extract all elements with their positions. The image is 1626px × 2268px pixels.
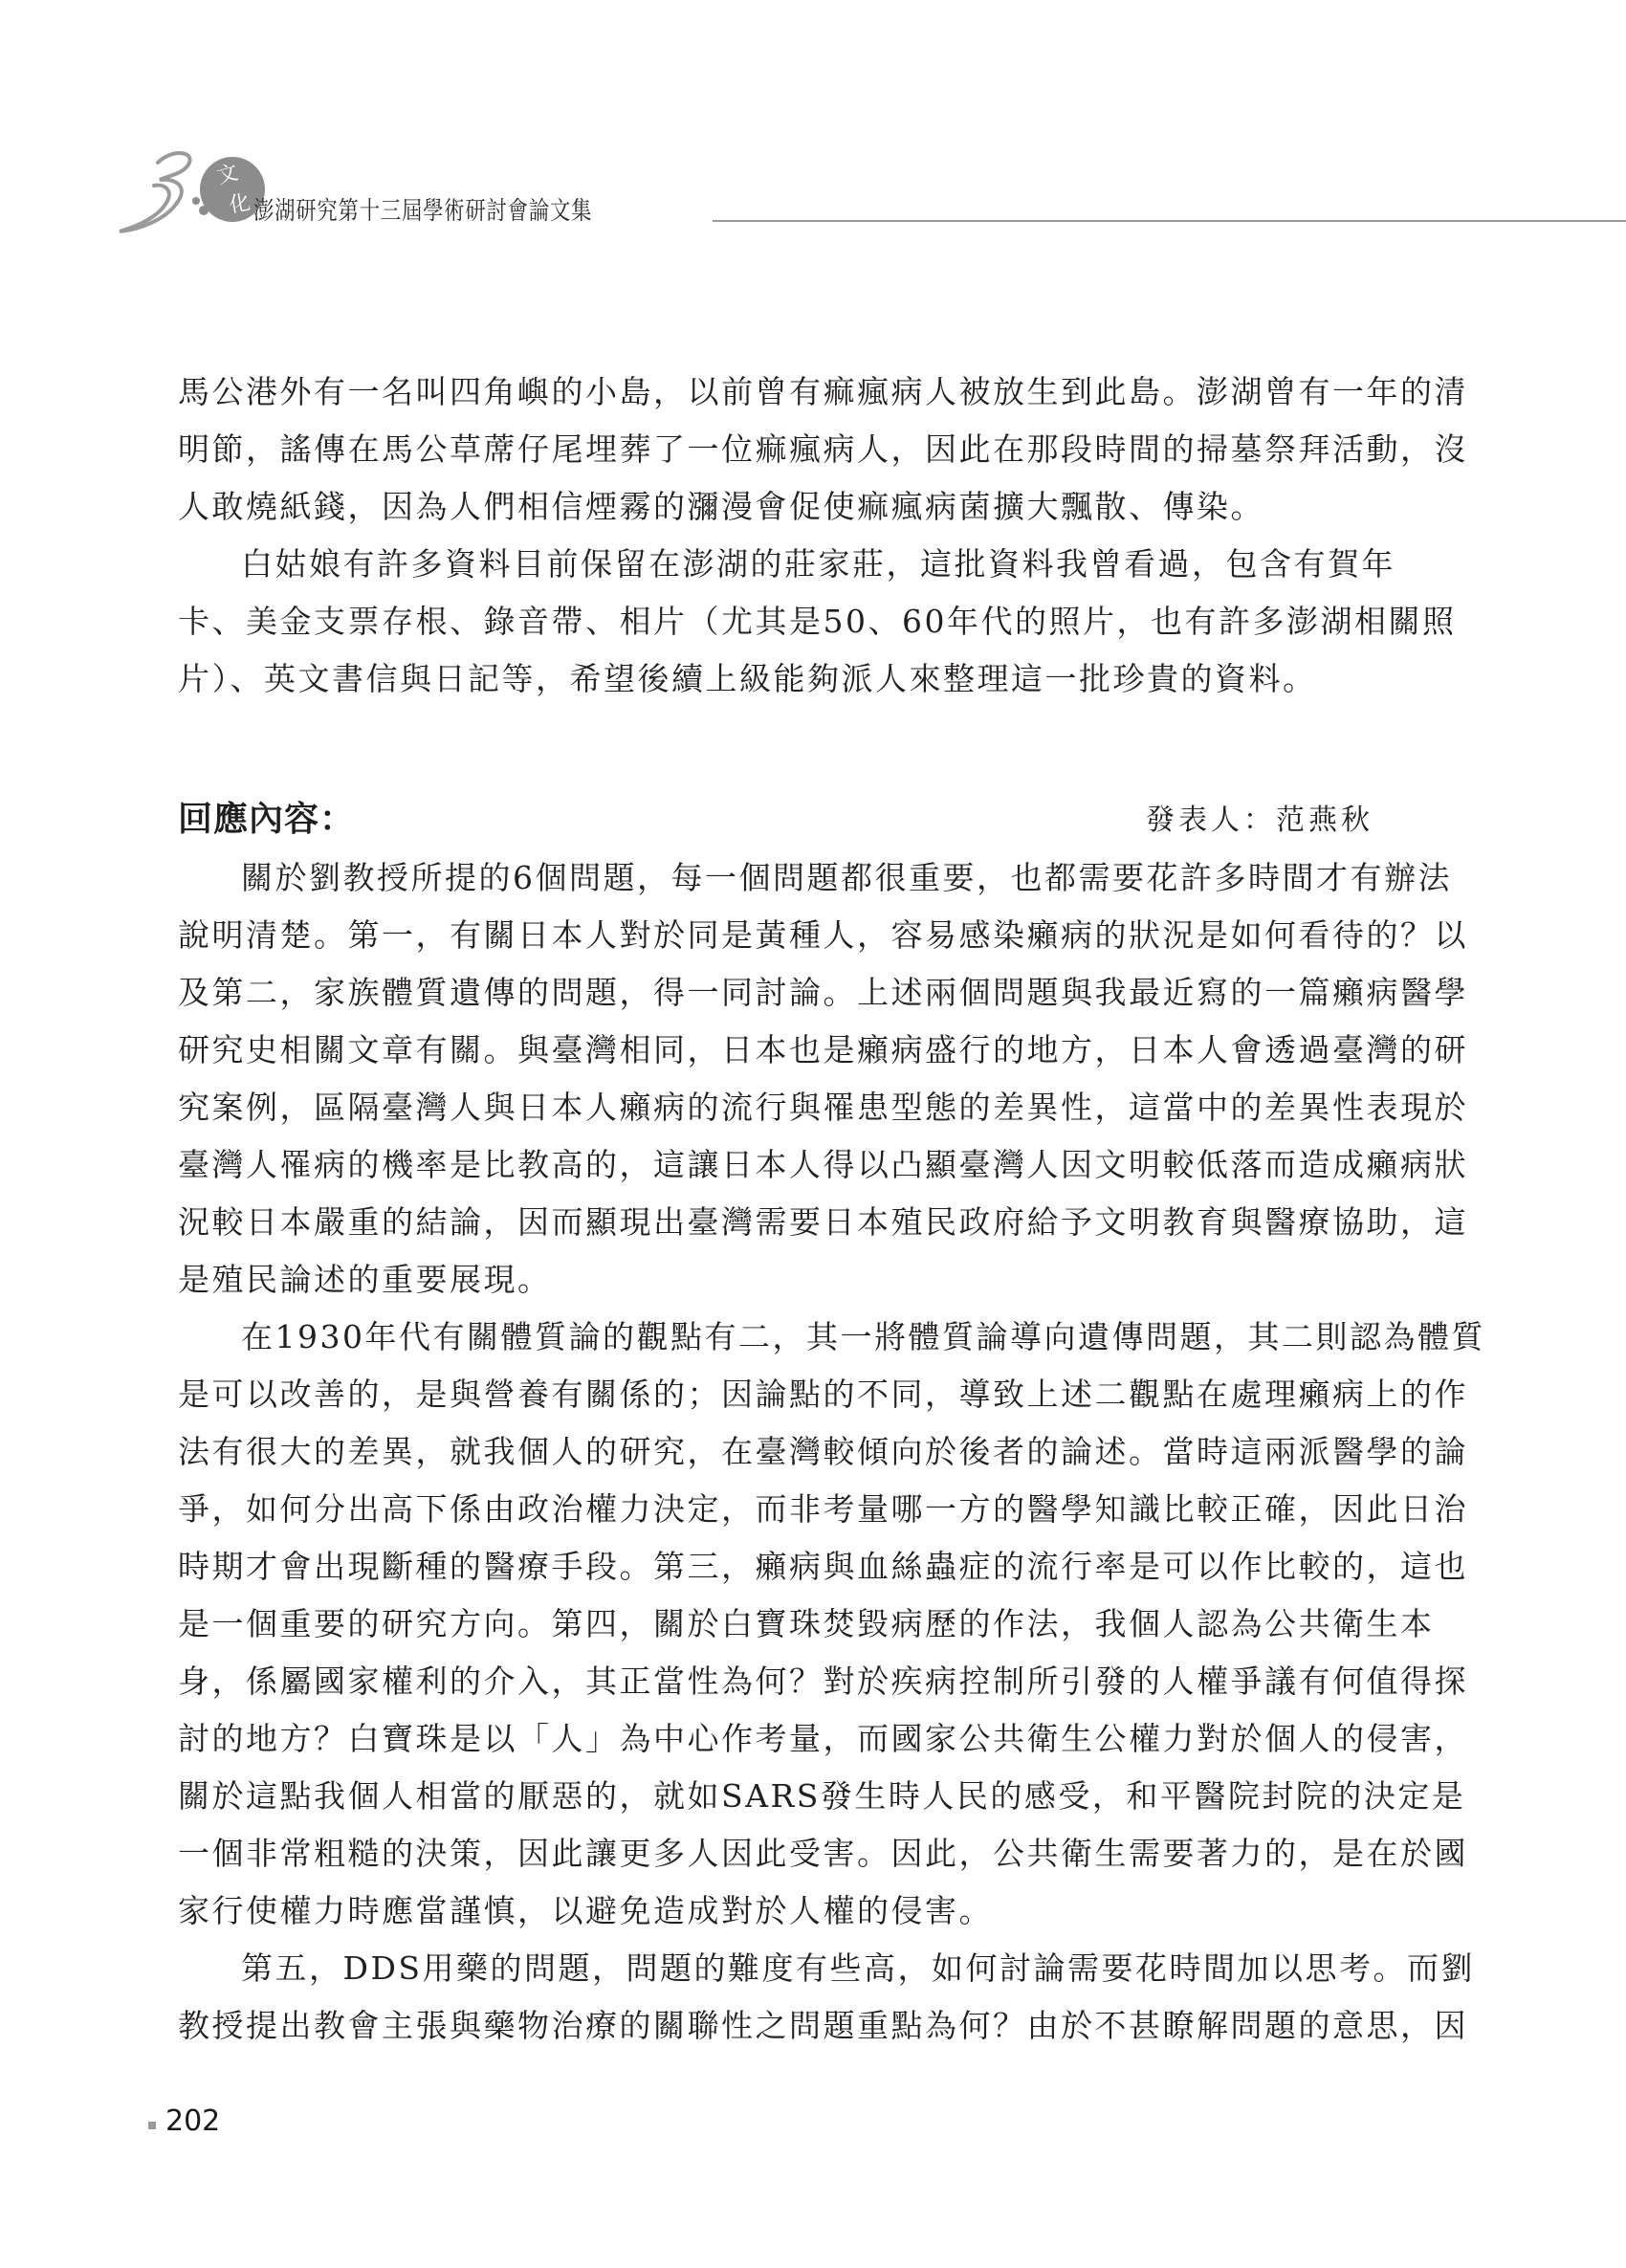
- text-line: 在1930年代有關體質論的觀點有二，其一將體質論導向遺傳問題，其二則認為體質: [178, 1309, 1373, 1366]
- text-line: 及第二，家族體質遺傳的問題，得一同討論。上述兩個問題與我最近寫的一篇癩病醫學: [178, 964, 1373, 1022]
- text-line: 討的地方？白寶珠是以「人」為中心作考量，而國家公共衛生公權力對於個人的侵害，: [178, 1710, 1373, 1768]
- text-line: 卡、美金支票存根、錄音帶、相片（尤其是50、60年代的照片，也有許多澎湖相關照: [178, 593, 1373, 650]
- text-line: 臺灣人罹病的機率是比教高的，這讓日本人得以凸顯臺灣人因文明較低落而造成癩病狀: [178, 1136, 1373, 1194]
- publication-title: 澎湖研究第十三屆學術研討會論文集: [253, 191, 592, 227]
- text-line: 關於這點我個人相當的厭惡的，就如SARS發生時人民的感受，和平醫院封院的決定是: [178, 1768, 1373, 1825]
- header-divider: [713, 220, 1626, 222]
- paragraph: 第五，DDS用藥的問題，問題的難度有些高，如何討論需要花時間加以思考。而劉 教授…: [178, 1940, 1373, 2055]
- text-line: 教授提出教會主張與藥物治療的關聯性之問題重點為何？由於不甚瞭解問題的意思，因: [178, 1997, 1373, 2055]
- paragraph: 在1930年代有關體質論的觀點有二，其一將體質論導向遺傳問題，其二則認為體質 是…: [178, 1309, 1373, 1940]
- document-body: 馬公港外有一名叫四角嶼的小島，以前曾有痲瘋病人被放生到此島。澎湖曾有一年的清 明…: [178, 363, 1373, 2055]
- text-line: 是一個重要的研究方向。第四，關於白寶珠焚毀病歷的作法，我個人認為公共衛生本: [178, 1596, 1373, 1653]
- bullet-square-icon: [148, 2122, 156, 2129]
- text-line: 是殖民論述的重要展現。: [178, 1251, 1373, 1309]
- text-line: 究案例，區隔臺灣人與日本人癩病的流行與罹患型態的差異性，這當中的差異性表現於: [178, 1079, 1373, 1136]
- text-line: 是可以改善的，是與營養有關係的；因論點的不同，導致上述二觀點在處理癩病上的作: [178, 1366, 1373, 1423]
- spacer: [178, 708, 1373, 782]
- text-line: 人敢燒紙錢，因為人們相信煙霧的瀰漫會促使痲瘋病菌擴大飄散、傳染。: [178, 478, 1373, 536]
- section-heading: 回應內容： 發表人：范燕秋: [178, 782, 1373, 849]
- running-header: 文 化 澎湖研究第十三屆學術研討會論文集: [100, 143, 1626, 239]
- text-line: 法有很大的差異，就我個人的研究，在臺灣較傾向於後者的論述。當時這兩派醫學的論: [178, 1423, 1373, 1481]
- conference-logo-icon: 文 化: [100, 143, 273, 234]
- section-title: 回應內容：: [178, 792, 355, 841]
- presenter-name: 發表人：范燕秋: [1146, 796, 1373, 838]
- paragraph: 白姑娘有許多資料目前保留在澎湖的莊家莊，這批資料我曾看過，包含有賀年 卡、美金支…: [178, 536, 1373, 708]
- text-line: 關於劉教授所提的6個問題，每一個問題都很重要，也都需要花許多時間才有辦法: [178, 849, 1373, 907]
- paragraph: 關於劉教授所提的6個問題，每一個問題都很重要，也都需要花許多時間才有辦法 說明清…: [178, 849, 1373, 1309]
- page-number: 202: [165, 2104, 220, 2138]
- svg-text:化: 化: [228, 190, 253, 217]
- text-line: 馬公港外有一名叫四角嶼的小島，以前曾有痲瘋病人被放生到此島。澎湖曾有一年的清: [178, 363, 1373, 421]
- text-line: 一個非常粗糙的決策，因此讓更多人因此受害。因此，公共衛生需要著力的，是在於國: [178, 1825, 1373, 1883]
- text-line: 家行使權力時應當謹慎，以避免造成對於人權的侵害。: [178, 1883, 1373, 1940]
- text-line: 白姑娘有許多資料目前保留在澎湖的莊家莊，這批資料我曾看過，包含有賀年: [178, 536, 1373, 593]
- text-line: 時期才會出現斷種的醫療手段。第三，癩病與血絲蟲症的流行率是可以作比較的，這也: [178, 1538, 1373, 1596]
- text-line: 況較日本嚴重的結論，因而顯現出臺灣需要日本殖民政府給予文明教育與醫療協助，這: [178, 1194, 1373, 1251]
- text-line: 明節，謠傳在馬公草蓆仔尾埋葬了一位痲瘋病人，因此在那段時間的掃墓祭拜活動，沒: [178, 421, 1373, 478]
- text-line: 第五，DDS用藥的問題，問題的難度有些高，如何討論需要花時間加以思考。而劉: [178, 1940, 1373, 1997]
- text-line: 身，係屬國家權利的介入，其正當性為何？對於疾病控制所引發的人權爭議有何值得探: [178, 1653, 1373, 1710]
- text-line: 說明清楚。第一，有關日本人對於同是黃種人，容易感染癩病的狀況是如何看待的？以: [178, 907, 1373, 964]
- text-line: 研究史相關文章有關。與臺灣相同，日本也是癩病盛行的地方，日本人會透過臺灣的研: [178, 1022, 1373, 1079]
- text-line: 片）、英文書信與日記等，希望後續上級能夠派人來整理這一批珍貴的資料。: [178, 650, 1373, 708]
- paragraph: 馬公港外有一名叫四角嶼的小島，以前曾有痲瘋病人被放生到此島。澎湖曾有一年的清 明…: [178, 363, 1373, 536]
- text-line: 爭，如何分出高下係由政治權力決定，而非考量哪一方的醫學知識比較正確，因此日治: [178, 1481, 1373, 1538]
